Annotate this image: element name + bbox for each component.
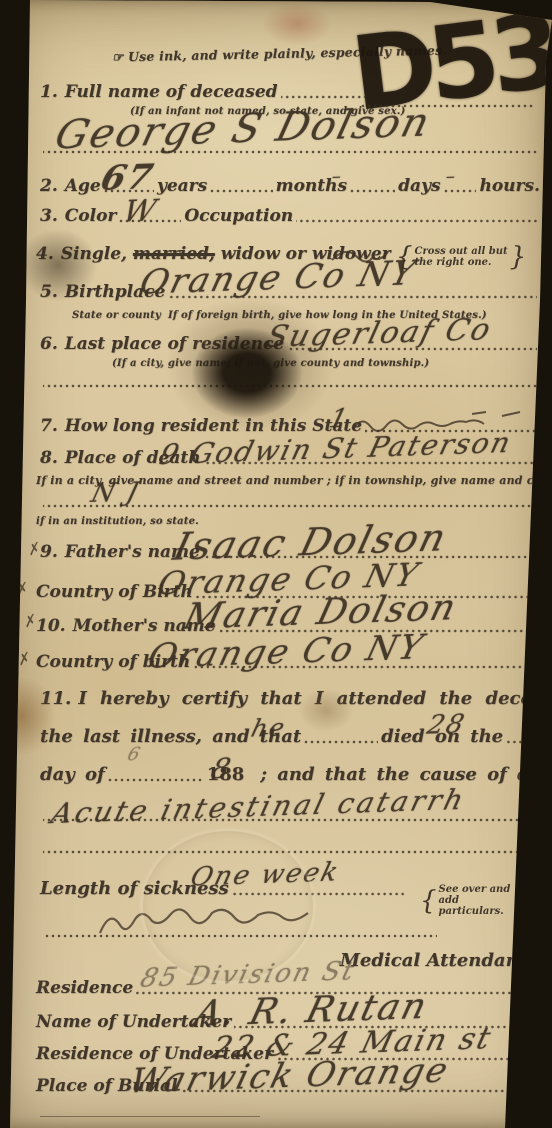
field-3-label: Color: [65, 206, 117, 226]
dotted-line: [296, 219, 537, 223]
sickness-brace-note: { See over and add particulars. }: [418, 884, 552, 917]
brace-note-line2: the right one.: [415, 257, 508, 268]
dotted-line: [40, 504, 540, 511]
attendant-residence-label: Residence: [36, 978, 133, 998]
field-6-number: 6.: [40, 334, 58, 354]
handwritten-he: he: [248, 713, 289, 742]
paper-tear-speck: [522, 1027, 535, 1042]
certify-line-2: the last illness, and that died on the: [40, 726, 540, 747]
margin-check-father-country: ✗: [15, 578, 29, 600]
certificate-paper: ☞ Use ink, and write plainly, especially…: [0, 0, 552, 1128]
field-6-subnote-text: (If a city, give name; if not, give coun…: [112, 358, 429, 369]
field-1-number: 1.: [40, 82, 58, 102]
partial-bottom-line: [40, 1116, 260, 1117]
red-stain: [262, 2, 332, 46]
brace-note-line1: Cross out all but: [415, 246, 508, 257]
photo-stage: ☞ Use ink, and write plainly, especially…: [0, 0, 552, 1128]
field-5-subnote-left-text: State or county: [72, 310, 161, 321]
age-days-label: days: [398, 176, 440, 196]
field-6-subnote: (If a city, give name; if not, give coun…: [112, 358, 429, 369]
margin-check-mother-country: ✗: [17, 648, 31, 670]
field-8-subnote2: if in an institution, so state.: [36, 516, 199, 527]
field-4-number: 4.: [36, 244, 54, 264]
dotted-line: [40, 384, 540, 391]
medical-attendant-text: Medical Attendant.: [340, 950, 533, 971]
field-8-subnote2-text: if in an institution, so state.: [36, 516, 199, 527]
dotted-line: [304, 740, 378, 744]
margin-check-name: ✗: [13, 114, 27, 136]
sickness-note-line2: particulars.: [439, 906, 532, 917]
margin-check-residence: ✗: [4, 334, 18, 356]
margin-check-mother: ✗: [23, 610, 37, 632]
field-full-name: 1. Full name of deceased: [40, 82, 370, 102]
dotted-line: [40, 818, 540, 825]
field-8-number: 8.: [40, 448, 58, 468]
brace-close: }: [510, 242, 527, 272]
dotted-line: [43, 818, 537, 822]
field-1-label: Full name of deceased: [65, 82, 278, 102]
field-11-number: 11.: [40, 688, 71, 709]
field-6-label: Last place of residence: [65, 334, 284, 354]
certify-text-4: day of: [40, 764, 105, 785]
marital-single-label: Single,: [61, 244, 127, 264]
dotted-line: [281, 95, 367, 99]
dotted-line: [350, 189, 395, 193]
margin-check-marital: ✗: [7, 244, 21, 266]
margin-check-father: ✗: [27, 538, 41, 560]
dotted-line: [108, 778, 204, 782]
occupation-label: Occupation: [184, 206, 293, 226]
dotted-line: [43, 504, 537, 508]
margin-check-duration: ✗: [7, 410, 21, 432]
embossed-seal-impression: [140, 828, 316, 984]
certify-text-6: ; and that the cause of death was: [260, 764, 552, 785]
field-7-number: 7.: [40, 416, 58, 436]
margin-check-birthplace: ✗: [9, 282, 23, 304]
sickness-note-line1: See over and add: [439, 884, 532, 906]
brace-open: {: [420, 886, 437, 916]
field-10-number: 10.: [36, 616, 66, 636]
age-hours-label: hours.: [479, 176, 540, 196]
field-2-label: Age: [65, 176, 101, 196]
certify-line-1: 11. I hereby certify that I attended the…: [40, 688, 552, 709]
handwritten-age-years: 67: [97, 157, 159, 199]
field-3-number: 3.: [40, 206, 58, 226]
field-9-number: 9.: [40, 542, 58, 562]
certify-text-1: I hereby certify that I attended the dec…: [78, 688, 552, 709]
margin-check-age: ✗: [11, 174, 25, 196]
dotted-line: [506, 740, 537, 744]
medical-attendant-label: Medical Attendant.: [340, 950, 533, 971]
certify-line-3: day of 188 ; and that the cause of death…: [40, 764, 552, 785]
dotted-line: [43, 384, 537, 388]
dotted-line: [210, 189, 272, 193]
age-years-label: years: [157, 176, 207, 196]
brace-close: }: [533, 886, 550, 916]
dotted-line: [444, 189, 477, 193]
handwritten-death-day: 28: [424, 709, 469, 740]
field-color-occupation: 3. Color Occupation: [40, 206, 540, 226]
field-5-number: 5.: [40, 282, 58, 302]
field-5-subnote-left: State or county: [72, 310, 161, 321]
field-2-number: 2.: [40, 176, 58, 196]
